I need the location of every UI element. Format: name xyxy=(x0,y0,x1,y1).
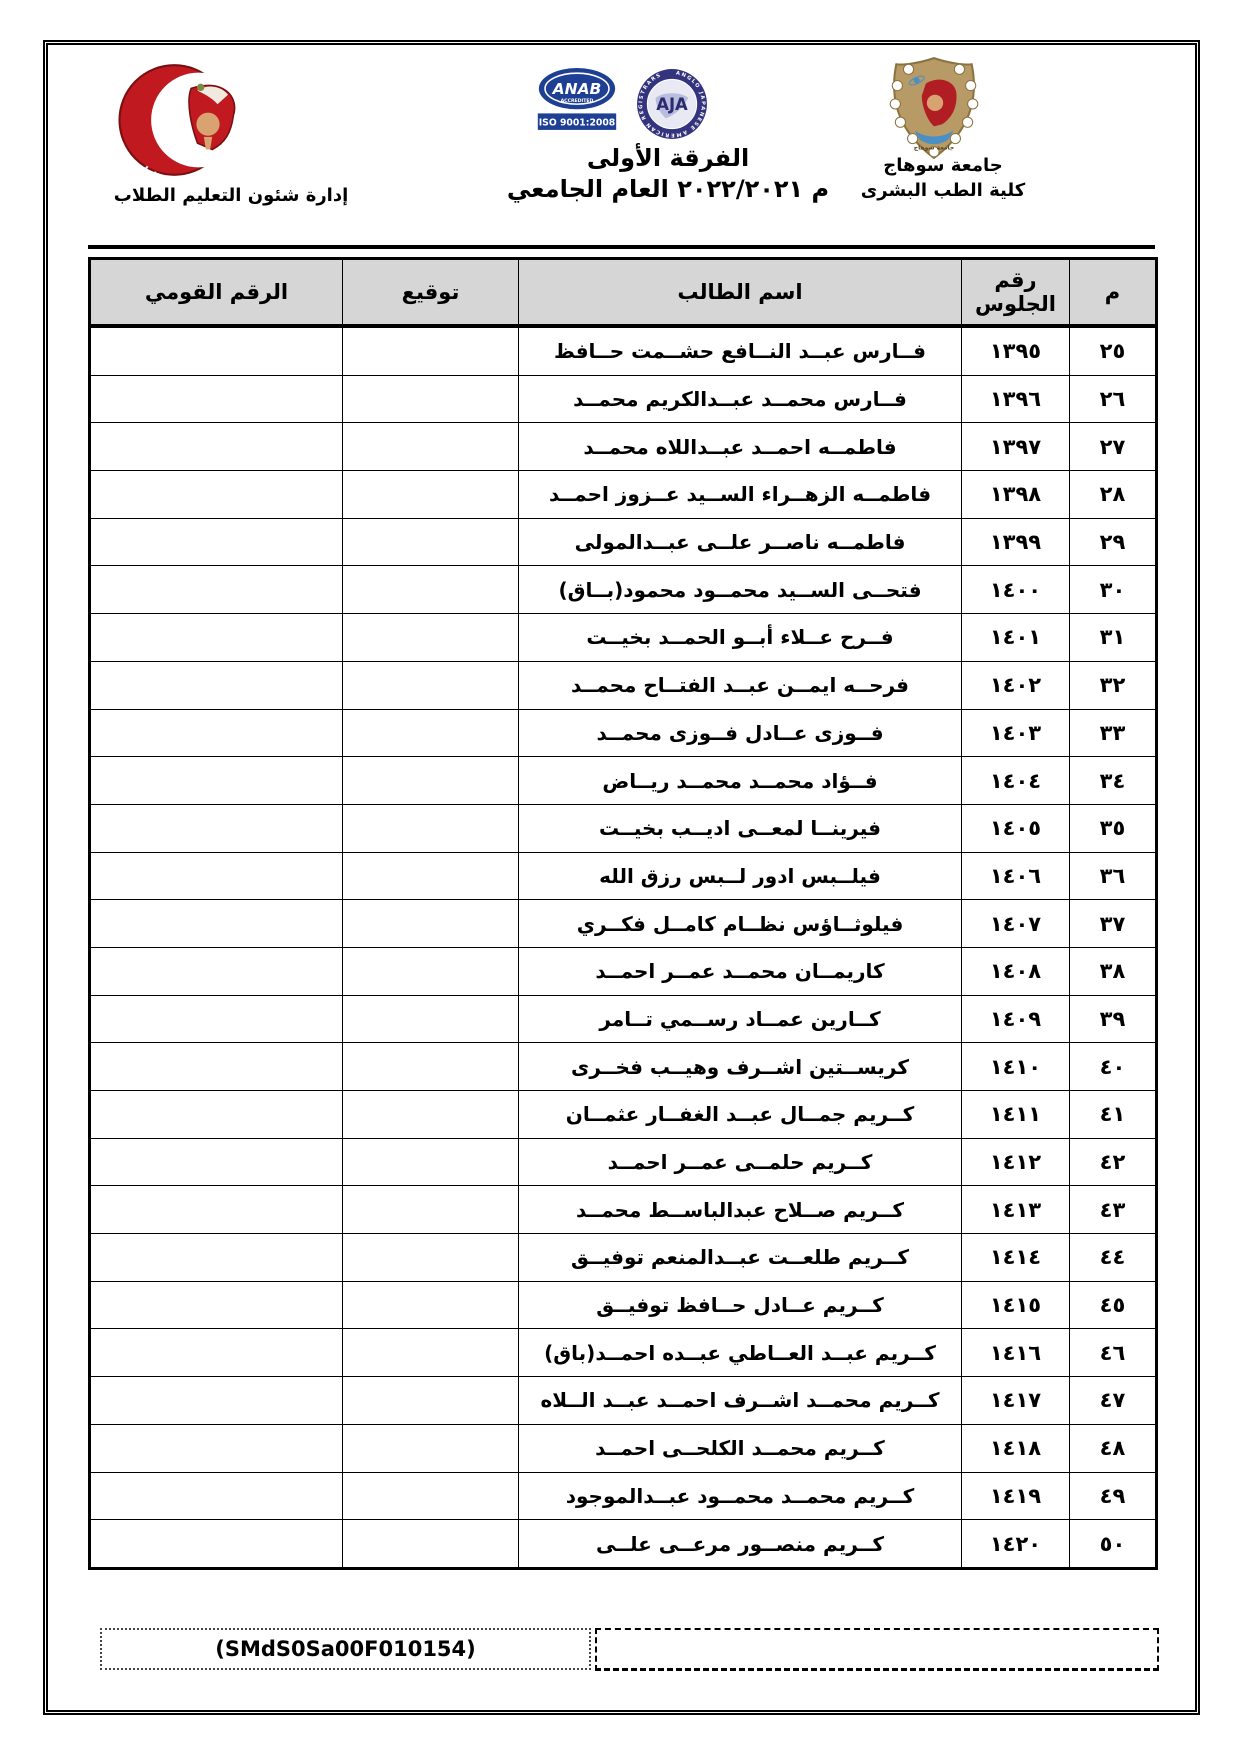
cell-index: ٤٣ xyxy=(1070,1186,1157,1234)
footer-code-box: (SMdS0Sa00F010154) xyxy=(100,1628,591,1670)
cell-index: ٤٠ xyxy=(1070,1043,1157,1091)
cell-student-name: فيلوثــاؤس نظــام كامــل فكــري xyxy=(519,900,962,948)
cell-signature xyxy=(343,471,519,519)
cell-national-id xyxy=(90,1472,343,1520)
cell-national-id xyxy=(90,326,343,375)
cell-student-name: فــؤاد محمــد محمــد ريــاض xyxy=(519,757,962,805)
table-row: ٤١ ١٤١١ كــريم جمــال عبــد الغفــار عثم… xyxy=(90,1091,1157,1139)
cell-student-name: فاطمــه ناصــر علــى عبــدالمولى xyxy=(519,518,962,566)
cell-student-name: كــريم حلمــى عمــر احمــد xyxy=(519,1138,962,1186)
cell-student-name: كــريم عبــد العــاطي عبــده احمــد(باق) xyxy=(519,1329,962,1377)
cell-national-id xyxy=(90,1520,343,1569)
table-row: ٤٠ ١٤١٠ كريســتين اشــرف وهيــب فخــرى xyxy=(90,1043,1157,1091)
cell-seat-number: ١٤٠٢ xyxy=(962,661,1070,709)
cell-signature xyxy=(343,566,519,614)
cell-signature xyxy=(343,995,519,1043)
cell-national-id xyxy=(90,1138,343,1186)
cell-national-id xyxy=(90,947,343,995)
cell-national-id xyxy=(90,804,343,852)
pharaoh-face-shape xyxy=(196,113,219,136)
cell-national-id xyxy=(90,661,343,709)
table-row: ٤٤ ١٤١٤ كــريم طلعــت عبــدالمنعم توفيــ… xyxy=(90,1234,1157,1282)
table-row: ٣٠ ١٤٠٠ فتحــى الســيد محمــود محمود(بــ… xyxy=(90,566,1157,614)
cell-index: ٤٤ xyxy=(1070,1234,1157,1282)
cell-index: ٢٥ xyxy=(1070,326,1157,375)
cell-seat-number: ١٤٠٩ xyxy=(962,995,1070,1043)
cell-index: ٤٧ xyxy=(1070,1377,1157,1425)
cell-index: ٤٥ xyxy=(1070,1281,1157,1329)
cell-seat-number: ١٤٠٠ xyxy=(962,566,1070,614)
table-row: ٤٥ ١٤١٥ كــريم عــادل حــافظ توفيــق xyxy=(90,1281,1157,1329)
sohag-university-shield-icon: جامعة سوهاج xyxy=(878,55,990,161)
cell-signature xyxy=(343,326,519,375)
cell-signature xyxy=(343,518,519,566)
cell-student-name: فــرح عــلاء أبــو الحمــد بخيــت xyxy=(519,614,962,662)
cell-student-name: فيلــبس ادور لــبس رزق الله xyxy=(519,852,962,900)
cell-student-name: كــريم منصــور مرعــى علــى xyxy=(519,1520,962,1569)
table-row: ٢٦ ١٣٩٦ فــارس محمــد عبــدالكريم محمــد xyxy=(90,375,1157,423)
cell-signature xyxy=(343,1329,519,1377)
cell-national-id xyxy=(90,614,343,662)
cell-student-name: فرحــه ايمــن عبــد الفتــاح محمــد xyxy=(519,661,962,709)
cell-signature xyxy=(343,1424,519,1472)
cell-signature xyxy=(343,1043,519,1091)
cell-signature xyxy=(343,1520,519,1569)
students-table-container: م رقم الجلوس اسم الطالب توقيع الرقم القو… xyxy=(88,257,1155,1570)
students-table: م رقم الجلوس اسم الطالب توقيع الرقم القو… xyxy=(88,257,1158,1570)
cell-student-name: كريســتين اشــرف وهيــب فخــرى xyxy=(519,1043,962,1091)
cell-student-name: كــريم محمــد اشــرف احمــد عبــد الــلا… xyxy=(519,1377,962,1425)
cell-seat-number: ١٤١٨ xyxy=(962,1424,1070,1472)
cell-national-id xyxy=(90,423,343,471)
cell-national-id xyxy=(90,900,343,948)
cell-signature xyxy=(343,709,519,757)
cell-signature xyxy=(343,900,519,948)
table-row: ٢٩ ١٣٩٩ فاطمــه ناصــر علــى عبــدالمولى xyxy=(90,518,1157,566)
cell-signature xyxy=(343,1091,519,1139)
cell-student-name: كــريم عــادل حــافظ توفيــق xyxy=(519,1281,962,1329)
cell-student-name: فيرينــا لمعــى اديــب بخيــت xyxy=(519,804,962,852)
cell-index: ٢٩ xyxy=(1070,518,1157,566)
cell-student-name: كــريم محمــد محمــود عبــدالموجود xyxy=(519,1472,962,1520)
cell-student-name: كــريم محمــد الكلحــى احمــد xyxy=(519,1424,962,1472)
cell-seat-number: ١٤٠٤ xyxy=(962,757,1070,805)
col-header-student-name: اسم الطالب xyxy=(519,259,962,327)
cell-national-id xyxy=(90,518,343,566)
cell-index: ٤٩ xyxy=(1070,1472,1157,1520)
cell-index: ٤١ xyxy=(1070,1091,1157,1139)
cell-signature xyxy=(343,947,519,995)
cell-national-id xyxy=(90,995,343,1043)
sohag-medicine-crescent-logo-icon: جامعة سوهاج كلية الطب xyxy=(98,61,278,179)
cell-index: ٣٤ xyxy=(1070,757,1157,805)
department-label: إدارة شئون التعليم الطلاب xyxy=(66,185,396,206)
col-header-national-id: الرقم القومي xyxy=(90,259,343,327)
table-row: ٤٢ ١٤١٢ كــريم حلمــى عمــر احمــد xyxy=(90,1138,1157,1186)
table-row: ٣٩ ١٤٠٩ كــارين عمــاد رســمي تــامر xyxy=(90,995,1157,1043)
cell-signature xyxy=(343,1281,519,1329)
cell-signature xyxy=(343,614,519,662)
table-row: ٤٩ ١٤١٩ كــريم محمــد محمــود عبــدالموج… xyxy=(90,1472,1157,1520)
faculty-name: كلية الطب البشرى xyxy=(838,180,1048,201)
cell-student-name: كــريم صــلاح عبدالباســط محمــد xyxy=(519,1186,962,1234)
cell-seat-number: ١٤٠٧ xyxy=(962,900,1070,948)
cell-index: ٥٠ xyxy=(1070,1520,1157,1569)
col-header-signature: توقيع xyxy=(343,259,519,327)
cell-national-id xyxy=(90,471,343,519)
cell-seat-number: ١٣٩٨ xyxy=(962,471,1070,519)
cell-signature xyxy=(343,423,519,471)
footer-empty-box xyxy=(595,1628,1159,1671)
shield-pharaoh-face-shape xyxy=(927,95,943,111)
cell-seat-number: ١٤١٤ xyxy=(962,1234,1070,1282)
cell-index: ٤٦ xyxy=(1070,1329,1157,1377)
header-divider-rule xyxy=(88,245,1155,249)
cell-index: ٣٨ xyxy=(1070,947,1157,995)
cell-national-id xyxy=(90,566,343,614)
cell-national-id xyxy=(90,1186,343,1234)
table-header-row: م رقم الجلوس اسم الطالب توقيع الرقم القو… xyxy=(90,259,1157,327)
cell-index: ٣٩ xyxy=(1070,995,1157,1043)
cell-index: ٢٦ xyxy=(1070,375,1157,423)
cell-index: ٣٦ xyxy=(1070,852,1157,900)
cell-seat-number: ١٤١٥ xyxy=(962,1281,1070,1329)
cell-index: ٣١ xyxy=(1070,614,1157,662)
table-row: ٣١ ١٤٠١ فــرح عــلاء أبــو الحمــد بخيــ… xyxy=(90,614,1157,662)
cell-signature xyxy=(343,757,519,805)
university-name: جامعة سوهاج xyxy=(838,155,1048,176)
cell-signature xyxy=(343,375,519,423)
table-row: ٣٧ ١٤٠٧ فيلوثــاؤس نظــام كامــل فكــري xyxy=(90,900,1157,948)
cell-student-name: كــريم طلعــت عبــدالمنعم توفيــق xyxy=(519,1234,962,1282)
cell-seat-number: ١٤٠٨ xyxy=(962,947,1070,995)
col-header-seat-number: رقم الجلوس xyxy=(962,259,1070,327)
cell-seat-number: ١٤١٩ xyxy=(962,1472,1070,1520)
table-row: ٢٨ ١٣٩٨ فاطمــه الزهــراء الســيد عــزوز… xyxy=(90,471,1157,519)
table-row: ٣٦ ١٤٠٦ فيلــبس ادور لــبس رزق الله xyxy=(90,852,1157,900)
cell-national-id xyxy=(90,375,343,423)
uraeus-shape xyxy=(197,84,204,91)
cell-student-name: فــارس عبــد النــافع حشــمت حــافظ xyxy=(519,326,962,375)
cell-student-name: فتحــى الســيد محمــود محمود(بــاق) xyxy=(519,566,962,614)
anab-sub-label: ACCREDITED xyxy=(561,98,594,104)
cell-seat-number: ١٣٩٩ xyxy=(962,518,1070,566)
cell-signature xyxy=(343,804,519,852)
cell-national-id xyxy=(90,1091,343,1139)
cell-index: ٣٧ xyxy=(1070,900,1157,948)
table-row: ٤٣ ١٤١٣ كــريم صــلاح عبدالباســط محمــد xyxy=(90,1186,1157,1234)
shield-text: جامعة سوهاج xyxy=(914,145,954,152)
cell-seat-number: ١٤١١ xyxy=(962,1091,1070,1139)
footer-code: (SMdS0Sa00F010154) xyxy=(215,1637,476,1661)
table-row: ٣٥ ١٤٠٥ فيرينــا لمعــى اديــب بخيــت xyxy=(90,804,1157,852)
cell-national-id xyxy=(90,709,343,757)
cell-index: ٢٨ xyxy=(1070,471,1157,519)
cell-national-id xyxy=(90,852,343,900)
anab-label: ANAB xyxy=(552,80,602,98)
cell-index: ٣٥ xyxy=(1070,804,1157,852)
table-row: ٤٨ ١٤١٨ كــريم محمــد الكلحــى احمــد xyxy=(90,1424,1157,1472)
cell-national-id xyxy=(90,1234,343,1282)
cell-seat-number: ١٤١٧ xyxy=(962,1377,1070,1425)
cell-signature xyxy=(343,852,519,900)
cell-signature xyxy=(343,1472,519,1520)
table-row: ٥٠ ١٤٢٠ كــريم منصــور مرعــى علــى xyxy=(90,1520,1157,1569)
table-row: ٣٤ ١٤٠٤ فــؤاد محمــد محمــد ريــاض xyxy=(90,757,1157,805)
accreditation-logos: ANAB ACCREDITED ISO 9001:2008 ANGLO JAPA… xyxy=(503,67,733,141)
iso-badge-label: ISO 9001:2008 xyxy=(539,117,616,128)
cell-index: ٣٠ xyxy=(1070,566,1157,614)
cell-national-id xyxy=(90,1377,343,1425)
cell-seat-number: ١٤٢٠ xyxy=(962,1520,1070,1569)
cell-signature xyxy=(343,661,519,709)
cell-seat-number: ١٤٠٣ xyxy=(962,709,1070,757)
cell-seat-number: ١٤٠٥ xyxy=(962,804,1070,852)
cell-national-id xyxy=(90,757,343,805)
cell-seat-number: ١٤١٠ xyxy=(962,1043,1070,1091)
cell-student-name: فــوزى عــادل فــوزى محمــد xyxy=(519,709,962,757)
cell-national-id xyxy=(90,1424,343,1472)
table-row: ٣٢ ١٤٠٢ فرحــه ايمــن عبــد الفتــاح محم… xyxy=(90,661,1157,709)
cell-seat-number: ١٤١٣ xyxy=(962,1186,1070,1234)
cell-national-id xyxy=(90,1043,343,1091)
cell-seat-number: ١٤١٦ xyxy=(962,1329,1070,1377)
table-row: ٤٦ ١٤١٦ كــريم عبــد العــاطي عبــده احم… xyxy=(90,1329,1157,1377)
cell-signature xyxy=(343,1377,519,1425)
cell-index: ٤٢ xyxy=(1070,1138,1157,1186)
table-row: ٢٧ ١٣٩٧ فاطمــه احمــد عبــداللاه محمــد xyxy=(90,423,1157,471)
cell-student-name: كــارين عمــاد رســمي تــامر xyxy=(519,995,962,1043)
cell-index: ٤٨ xyxy=(1070,1424,1157,1472)
cell-seat-number: ١٣٩٥ xyxy=(962,326,1070,375)
cell-signature xyxy=(343,1186,519,1234)
cell-seat-number: ١٤٠٦ xyxy=(962,852,1070,900)
cell-student-name: كــريم جمــال عبــد الغفــار عثمــان xyxy=(519,1091,962,1139)
cell-student-name: كاريمــان محمــد عمــر احمــد xyxy=(519,947,962,995)
cell-national-id xyxy=(90,1329,343,1377)
page-frame: جامعة سوهاج كلية الطب إدارة شئون التعليم… xyxy=(43,40,1200,1715)
table-row: ٣٨ ١٤٠٨ كاريمــان محمــد عمــر احمــد xyxy=(90,947,1157,995)
table-row: ٤٧ ١٤١٧ كــريم محمــد اشــرف احمــد عبــ… xyxy=(90,1377,1157,1425)
table-row: ٢٥ ١٣٩٥ فــارس عبــد النــافع حشــمت حــ… xyxy=(90,326,1157,375)
cell-student-name: فاطمــه احمــد عبــداللاه محمــد xyxy=(519,423,962,471)
aja-registrars-logo-icon: ANGLO JAPANESE AMERICAN REGISTRARS AJA xyxy=(635,67,709,141)
cell-signature xyxy=(343,1234,519,1282)
table-row: ٣٣ ١٤٠٣ فــوزى عــادل فــوزى محمــد xyxy=(90,709,1157,757)
cell-seat-number: ١٣٩٧ xyxy=(962,423,1070,471)
cell-student-name: فاطمــه الزهــراء الســيد عــزوز احمــد xyxy=(519,471,962,519)
cell-signature xyxy=(343,1138,519,1186)
cell-seat-number: ١٤٠١ xyxy=(962,614,1070,662)
col-header-index: م xyxy=(1070,259,1157,327)
aja-label: AJA xyxy=(656,95,688,114)
cell-seat-number: ١٣٩٦ xyxy=(962,375,1070,423)
cell-student-name: فــارس محمــد عبــدالكريم محمــد xyxy=(519,375,962,423)
cell-national-id xyxy=(90,1281,343,1329)
anab-logo-icon: ANAB ACCREDITED ISO 9001:2008 xyxy=(527,67,627,133)
cell-index: ٣٣ xyxy=(1070,709,1157,757)
cell-index: ٢٧ xyxy=(1070,423,1157,471)
cell-index: ٣٢ xyxy=(1070,661,1157,709)
cell-seat-number: ١٤١٢ xyxy=(962,1138,1070,1186)
table-body: ٢٥ ١٣٩٥ فــارس عبــد النــافع حشــمت حــ… xyxy=(90,326,1157,1568)
